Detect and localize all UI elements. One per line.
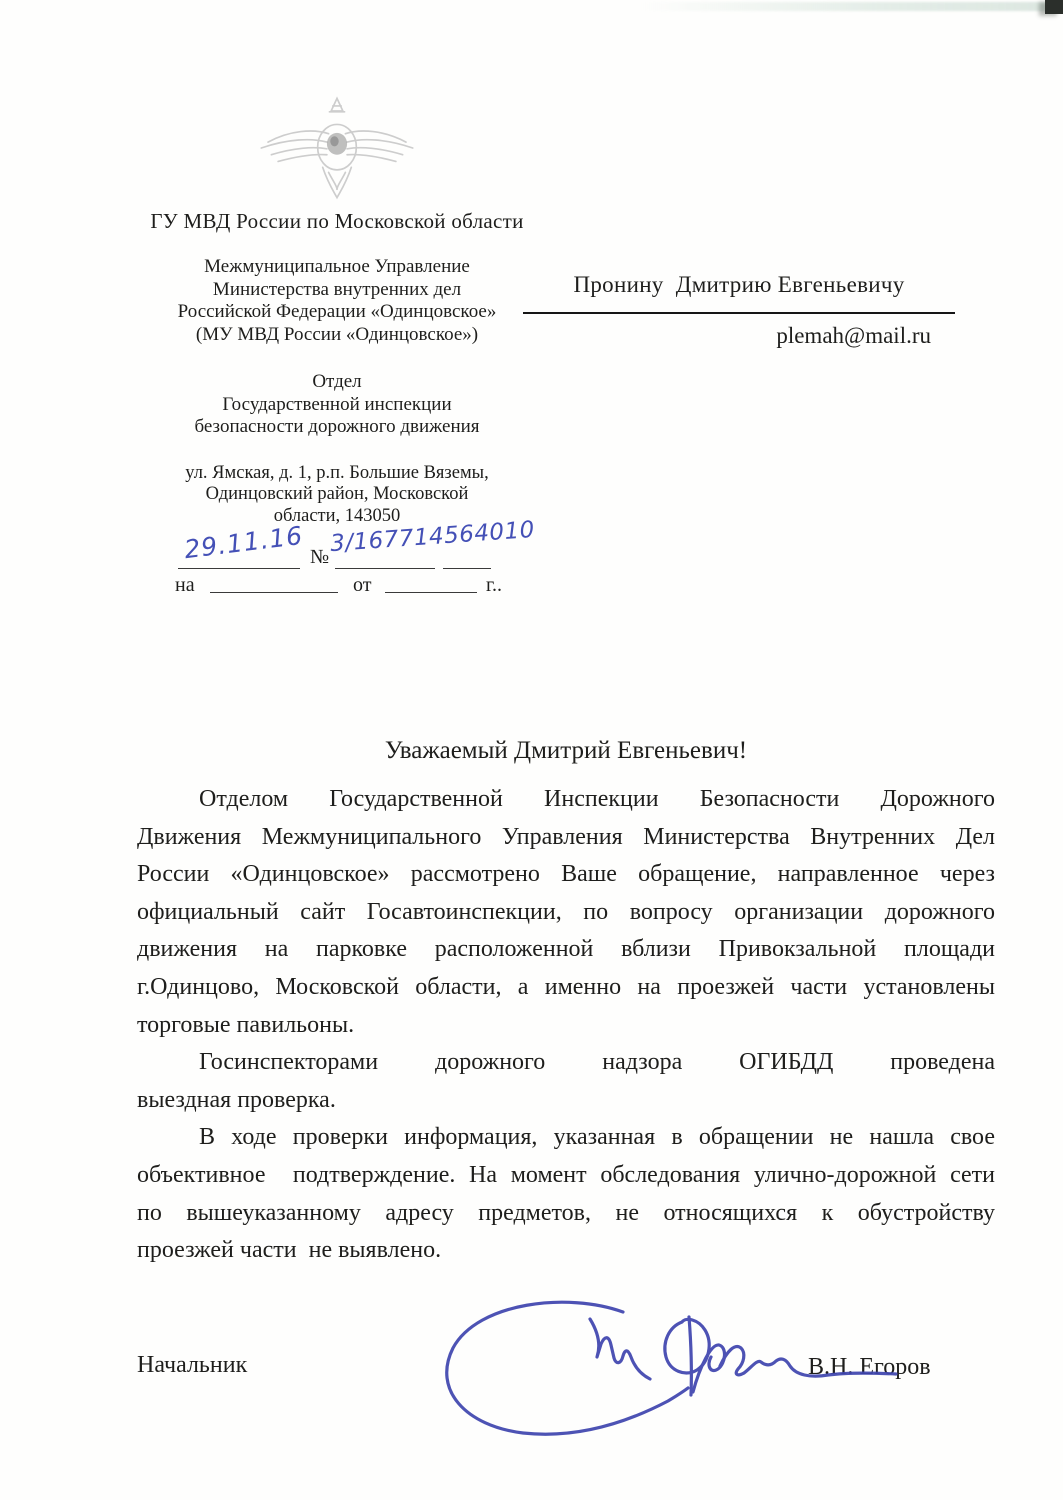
salutation: Уважаемый Дмитрий Евгеньевич!	[137, 737, 995, 765]
signer-position-title: Начальник	[137, 1352, 247, 1379]
body-line: торговые павильоны.	[137, 1007, 995, 1045]
body-paragraph: Отделом Государственной Инспекции Безопа…	[137, 781, 995, 1044]
letterhead-line: Министерства внутренних дел	[137, 279, 537, 302]
letterhead-line: безопасности дорожного движения	[137, 416, 537, 439]
recipient-block: Пронину Дмитрию Евгеньевичу plemah@mail.…	[523, 272, 955, 349]
recipient-underline	[523, 312, 955, 314]
body-paragraph: В ходе проверки информация, указанная в …	[137, 1119, 995, 1269]
org-name-top: ГУ МВД России по Московской области	[137, 209, 537, 234]
body-line: В ходе проверки информация, указанная в …	[137, 1119, 995, 1157]
mvd-emblem-icon	[137, 95, 537, 203]
scan-corner-artifact	[1045, 0, 1063, 14]
recipient-name: Пронину Дмитрию Евгеньевичу	[523, 272, 955, 298]
handwritten-date: 29.11.16	[183, 521, 305, 564]
number-underline-2	[443, 568, 491, 569]
body-line: Отделом Государственной Инспекции Безопа…	[137, 781, 995, 819]
letterhead-line: Отдел	[137, 371, 537, 394]
body-line: движения на парковке расположенной вблиз…	[137, 931, 995, 969]
recipient-email: plemah@mail.ru	[523, 323, 955, 349]
ref-from-label: от	[353, 574, 371, 597]
letterhead-line: ул. Ямская, д. 1, р.п. Большие Вяземы,	[137, 463, 537, 485]
address-block: ул. Ямская, д. 1, р.п. Большие Вяземы,Од…	[137, 463, 537, 528]
letterhead-line: Одинцовский район, Московской	[137, 484, 537, 506]
letterhead-line: Российской Федерации «Одинцовское»	[137, 301, 537, 324]
department-block: ОтделГосударственной инспекциибезопаснос…	[137, 371, 537, 439]
body-line: проезжей части не выявлено.	[137, 1232, 995, 1270]
body-line: России «Одинцовское» рассмотрено Ваше об…	[137, 856, 995, 894]
registration-area: 29.11.16 № 3/167714564010 на от г..	[170, 528, 540, 598]
ref-year-label: г..	[486, 574, 502, 597]
body-line: по вышеуказанному адресу предметов, не о…	[137, 1195, 995, 1233]
scanned-letter-page: ГУ МВД России по Московской области Межм…	[0, 0, 1063, 1500]
ref-prefix-label: на	[175, 574, 195, 597]
letterhead-line: Государственной инспекции	[137, 394, 537, 417]
body-line: г.Одинцово, Московской области, а именно…	[137, 969, 995, 1007]
letterhead-line: Межмуниципальное Управление	[137, 256, 537, 279]
letter-body: Отделом Государственной Инспекции Безопа…	[137, 781, 995, 1270]
letterhead-line: (МУ МВД России «Одинцовское»)	[137, 324, 537, 347]
body-line: официальный сайт Госавтоинспекции, по во…	[137, 894, 995, 932]
letterhead: ГУ МВД России по Московской области Межм…	[137, 95, 537, 527]
body-line: объективное подтверждение. На момент обс…	[137, 1157, 995, 1195]
body-line: выездная проверка.	[137, 1082, 995, 1120]
number-sign-label: №	[310, 546, 329, 569]
body-paragraph: Госинспекторами дорожного надзора ОГИБДД…	[137, 1044, 995, 1119]
scan-smear-artifact	[640, 2, 1063, 11]
ref-underline-2	[385, 592, 477, 593]
body-line: Движения Межмуниципального Управления Ми…	[137, 819, 995, 857]
date-underline	[178, 568, 300, 569]
body-line: Госинспекторами дорожного надзора ОГИБДД…	[137, 1044, 995, 1082]
number-underline-1	[335, 568, 435, 569]
handwritten-signature	[438, 1296, 908, 1452]
org-name-block: Межмуниципальное УправлениеМинистерства …	[137, 256, 537, 346]
ref-underline-1	[210, 592, 338, 593]
